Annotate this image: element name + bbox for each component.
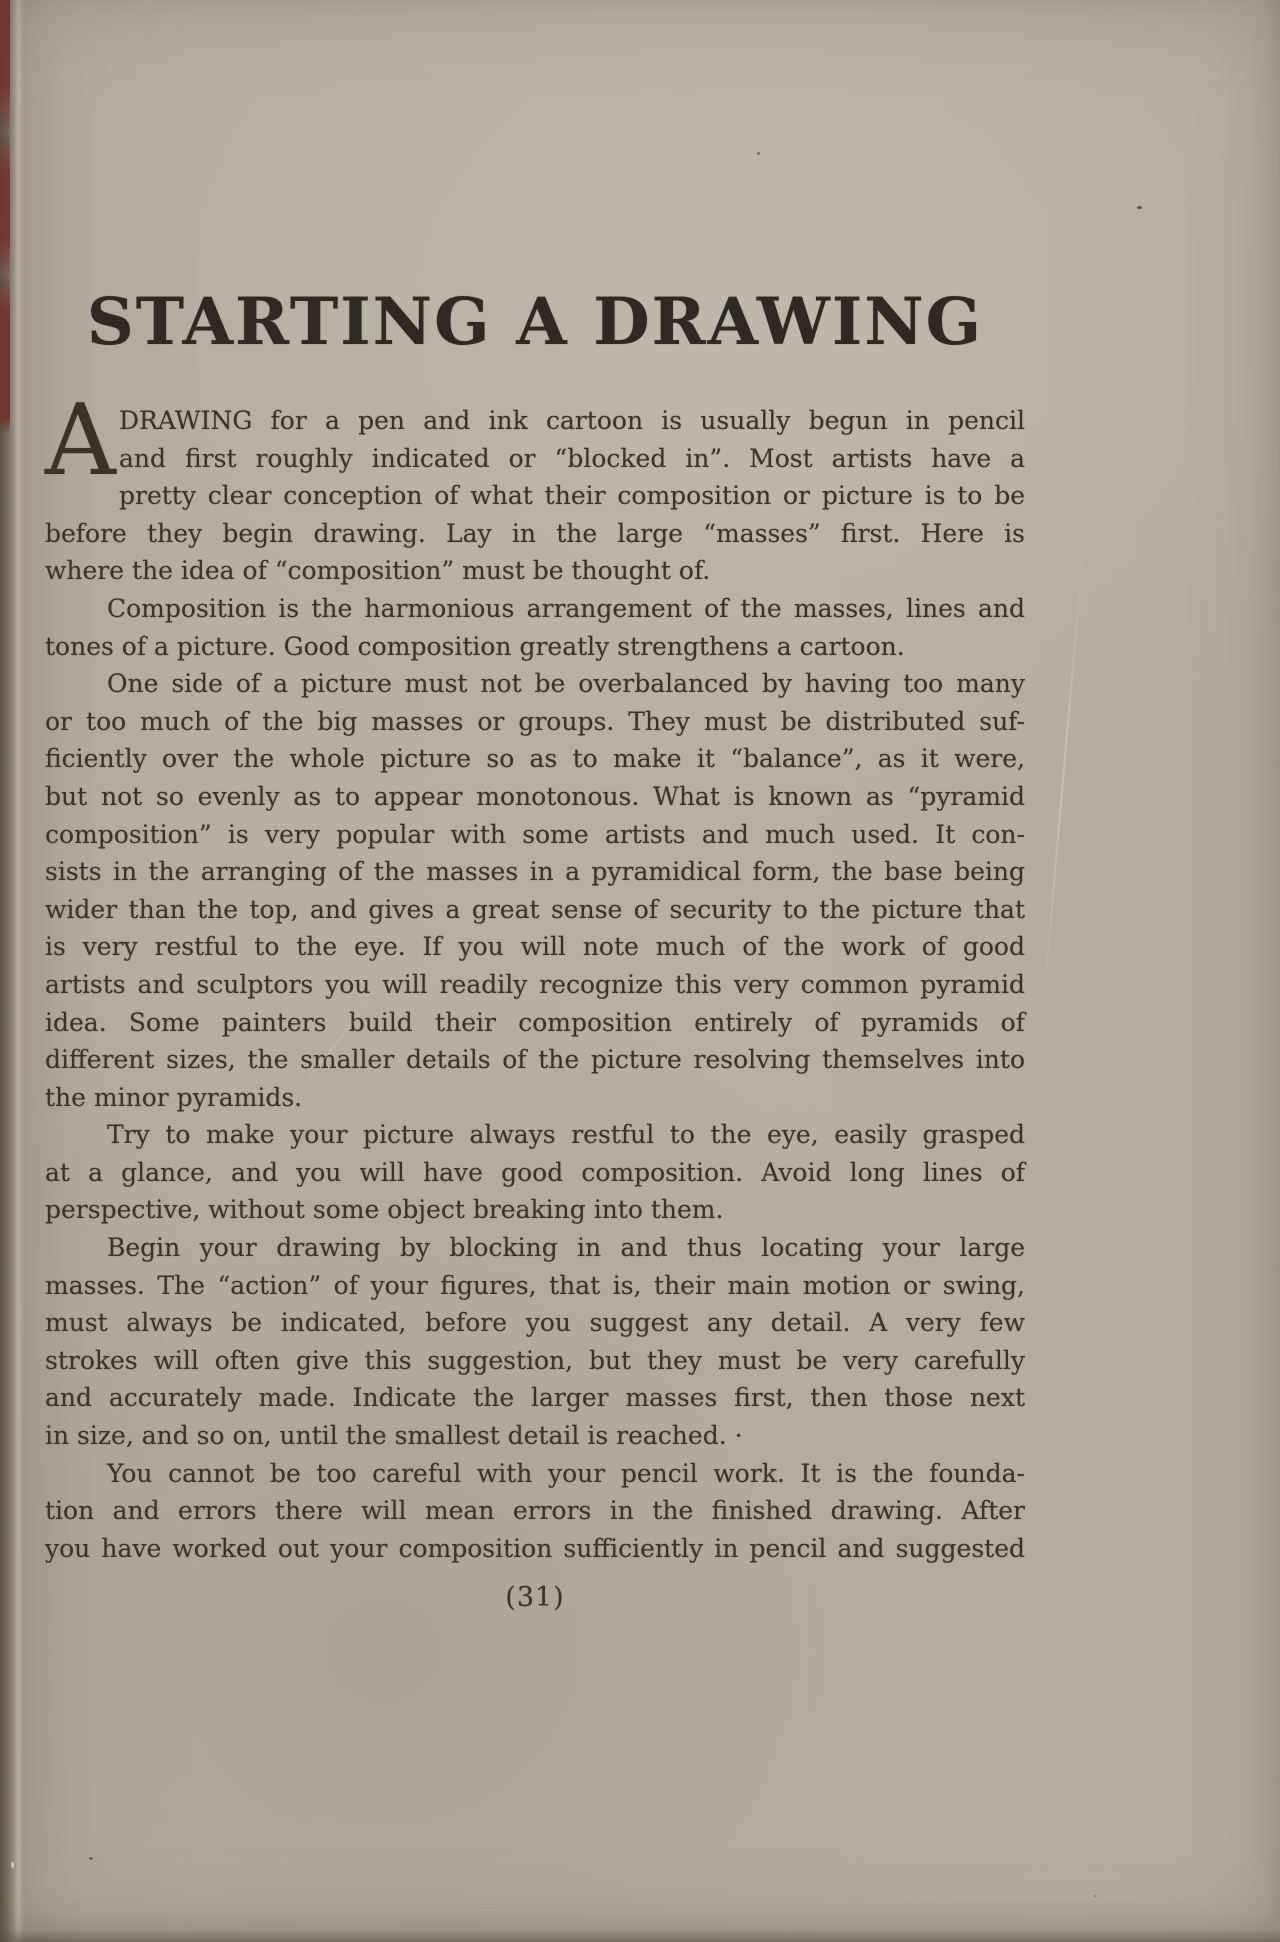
text-line: sists in the arranging of the masses in … bbox=[45, 853, 1025, 891]
text-line: masses. The “action” of your figures, th… bbox=[45, 1267, 1025, 1305]
paper-crease bbox=[1042, 546, 1085, 1014]
text-line: tion and errors there will mean errors i… bbox=[45, 1492, 1025, 1530]
text-line: composition” is very popular with some a… bbox=[45, 816, 1025, 854]
text-line: is very restful to the eye. If you will … bbox=[45, 928, 1025, 966]
text-line: where the idea of “composition” must be … bbox=[45, 552, 1025, 590]
text-line: but not so evenly as to appear monotonou… bbox=[45, 778, 1025, 816]
text-line: strokes will often give this suggestion,… bbox=[45, 1342, 1025, 1380]
text-line: and accurately made. Indicate the larger… bbox=[45, 1379, 1025, 1417]
paragraph: ADRAWING for a pen and ink cartoon is us… bbox=[45, 402, 1025, 590]
text-line: or too much of the big masses or groups.… bbox=[45, 703, 1025, 741]
text-line: idea. Some painters build their composit… bbox=[45, 1004, 1025, 1042]
page-number: (31) bbox=[45, 1582, 1025, 1613]
paragraph: Composition is the harmonious arrangemen… bbox=[45, 590, 1025, 665]
scanned-book-page: STARTING A DRAWING ADRAWING for a pen an… bbox=[0, 0, 1280, 1942]
drop-cap: A bbox=[45, 404, 101, 478]
paragraph: Try to make your picture always restful … bbox=[45, 1116, 1025, 1229]
paper-speck bbox=[757, 152, 760, 155]
text-line: perspective, without some object breakin… bbox=[45, 1191, 1025, 1229]
paragraph: One side of a picture must not be overba… bbox=[45, 665, 1025, 1116]
text-line: tones of a picture. Good composition gre… bbox=[45, 628, 1025, 666]
paper-speck bbox=[1137, 206, 1142, 209]
text-line: must always be indicated, before you sug… bbox=[45, 1304, 1025, 1342]
text-line: ficiently over the whole picture so as t… bbox=[45, 740, 1025, 778]
text-line: DRAWING for a pen and ink cartoon is usu… bbox=[45, 402, 1025, 440]
paper-speck bbox=[1094, 1895, 1097, 1897]
text-line: pretty clear conception of what their co… bbox=[45, 477, 1025, 515]
page-title: STARTING A DRAWING bbox=[45, 284, 1025, 360]
text-line: the minor pyramids. bbox=[45, 1079, 1025, 1117]
text-line: before they begin drawing. Lay in the la… bbox=[45, 515, 1025, 553]
paragraph: You cannot be too careful with your penc… bbox=[45, 1455, 1025, 1568]
paper-speck bbox=[89, 1857, 93, 1860]
text-line: wider than the top, and gives a great se… bbox=[45, 891, 1025, 929]
spine-red-edge bbox=[0, 0, 10, 434]
text-line: One side of a picture must not be overba… bbox=[45, 665, 1025, 703]
text-line: Try to make your picture always restful … bbox=[45, 1116, 1025, 1154]
text-line: at a glance, and you will have good comp… bbox=[45, 1154, 1025, 1192]
body-text: ADRAWING for a pen and ink cartoon is us… bbox=[45, 402, 1025, 1567]
text-line: Composition is the harmonious arrangemen… bbox=[45, 590, 1025, 628]
paragraph: Begin your drawing by blocking in and th… bbox=[45, 1229, 1025, 1455]
page-bottom-edge bbox=[0, 1930, 1280, 1942]
text-line: You cannot be too careful with your penc… bbox=[45, 1455, 1025, 1493]
text-line: and first roughly indicated or “blocked … bbox=[45, 440, 1025, 478]
text-line: Begin your drawing by blocking in and th… bbox=[45, 1229, 1025, 1267]
text-line: artists and sculptors you will readily r… bbox=[45, 966, 1025, 1004]
text-line: in size, and so on, until the smallest d… bbox=[45, 1417, 1025, 1455]
text-line: different sizes, the smaller details of … bbox=[45, 1041, 1025, 1079]
text-line: you have worked out your composition suf… bbox=[45, 1530, 1025, 1568]
